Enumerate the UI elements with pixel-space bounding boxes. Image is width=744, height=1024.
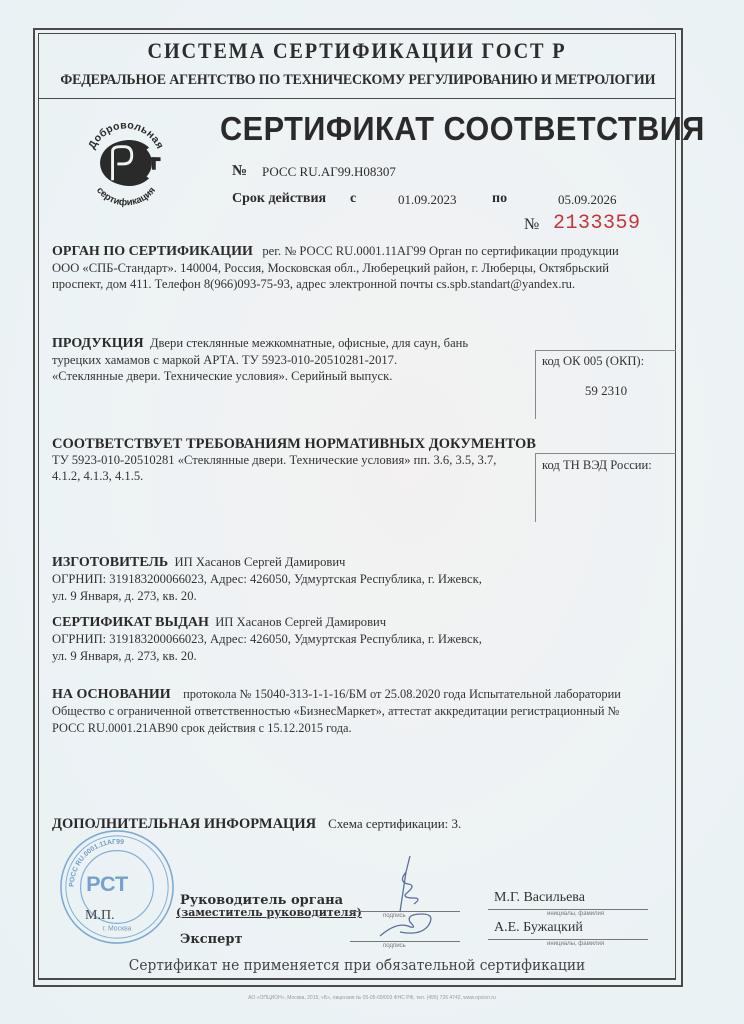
compliance-line2: 4.1.2, 4.1.3, 4.1.5. <box>52 468 536 484</box>
system-title: СИСТЕМА СЕРТИФИКАЦИИ ГОСТ Р <box>64 38 651 64</box>
certificate-number: РОСС RU.АГ99.Н08307 <box>262 164 396 180</box>
certification-body-line1: рег. № РОСС RU.0001.11АГ99 Орган по серт… <box>262 244 618 258</box>
footer-divider <box>38 978 676 979</box>
svg-text:сертификация: сертификация <box>94 185 158 208</box>
expert-label: Эксперт <box>180 932 243 947</box>
basis-line3: РОСС RU.0001.21АВ90 срок действия с 15.1… <box>52 720 621 737</box>
head-name-line <box>488 909 648 910</box>
manufacturer-line2: ОГРНИП: 319183200066023, Адрес: 426050, … <box>52 571 482 588</box>
issued-to-label: СЕРТИФИКАТ ВЫДАН <box>52 615 209 630</box>
basis-section: НА ОСНОВАНИИ протокола № 15040-313-1-1-1… <box>52 686 621 737</box>
blank-serial-number: 2133359 <box>553 212 641 235</box>
deputy-head-label: (заместитель руководителя) <box>176 906 362 919</box>
okp-value: 59 2310 <box>536 369 676 399</box>
basis-line1: протокола № 15040-313-1-1-16/БМ от 25.08… <box>183 687 621 701</box>
validity-from-label: с <box>350 191 356 207</box>
header-divider <box>38 98 676 99</box>
issued-to-line2: ОГРНИП: 319183200066023, Адрес: 426050, … <box>52 631 482 648</box>
number-sign: № <box>232 163 247 180</box>
certificate-title: СЕРТИФИКАТ СООТВЕТСТВИЯ <box>220 110 705 148</box>
certification-body-line3: проспект, дом 411. Телефон 8(966)093-75-… <box>52 276 619 292</box>
issued-to-name: ИП Хасанов Сергей Дамирович <box>215 615 386 629</box>
validity-to-label: по <box>492 191 507 207</box>
valid-from-date: 01.09.2023 <box>398 192 457 208</box>
valid-to-date: 05.09.2026 <box>558 192 617 208</box>
certification-body-section: ОРГАН ПО СЕРТИФИКАЦИИ рег. № РОСС RU.000… <box>52 243 619 292</box>
certification-body-line2: ООО «СПБ-Стандарт». 140004, Россия, Моск… <box>52 260 619 276</box>
tnved-value <box>536 473 676 483</box>
manufacturer-label: ИЗГОТОВИТЕЛЬ <box>52 555 168 570</box>
product-line3: «Стеклянные двери. Технические условия».… <box>52 368 468 384</box>
head-name: М.Г. Васильева <box>494 890 585 906</box>
manufacturer-line3: ул. 9 Января, д. 273, кв. 20. <box>52 588 482 605</box>
certification-body-label: ОРГАН ПО СЕРТИФИКАЦИИ <box>52 244 253 259</box>
head-signature-icon <box>370 852 460 942</box>
manufacturer-name: ИП Хасанов Сергей Дамирович <box>174 555 345 569</box>
basis-line2: Общество с ограниченной ответственностью… <box>52 703 621 720</box>
product-label: ПРОДУКЦИЯ <box>52 336 144 351</box>
stamp-center-letters: РСТ <box>86 871 128 896</box>
seal-stamp-icon: РОСС RU.0001.11АГ99 г. Москва РСТ <box>58 828 176 946</box>
product-line1: Двери стеклянные межкомнатные, офисные, … <box>150 336 468 350</box>
issued-to-section: СЕРТИФИКАТ ВЫДАН ИП Хасанов Сергей Дамир… <box>52 614 482 665</box>
expert-name-line <box>488 939 648 940</box>
expert-name: А.Е. Бужацкий <box>494 920 583 936</box>
footer-note: Сертификат не применяется при обязательн… <box>54 958 660 974</box>
tnved-label: код ТН ВЭД России: <box>536 454 676 473</box>
blank-number-sign: № <box>524 216 539 234</box>
okp-code-box: код ОК 005 (ОКП): 59 2310 <box>535 350 676 419</box>
stamp-place-label: М.П. <box>85 908 115 924</box>
expert-signature-caption: подпись <box>383 943 406 949</box>
tnved-code-box: код ТН ВЭД России: <box>535 453 676 522</box>
logo-bottom-text: сертификация <box>94 185 158 208</box>
validity-label: Срок действия <box>232 191 326 207</box>
compliance-section: СООТВЕТСТВУЕТ ТРЕБОВАНИЯМ НОРМАТИВНЫХ ДО… <box>52 436 536 484</box>
issued-to-line3: ул. 9 Января, д. 273, кв. 20. <box>52 648 482 665</box>
compliance-line1: ТУ 5923-010-20510281 «Стеклянные двери. … <box>52 452 536 468</box>
okp-label: код ОК 005 (ОКП): <box>536 351 676 369</box>
agency-name: ФЕДЕРАЛЬНОЕ АГЕНТСТВО ПО ТЕХНИЧЕСКОМУ РЕ… <box>60 72 653 89</box>
head-name-caption: инициалы, фамилия <box>547 911 604 917</box>
basis-label: НА ОСНОВАНИИ <box>52 687 171 702</box>
printer-imprint: АО «ОПЦИОН», Москва, 2015, «Б», лицензия… <box>0 995 744 1001</box>
additional-info-text: Схема сертификации: 3. <box>328 816 461 831</box>
product-line2: турецких хамамов с маркой АРТА. ТУ 5923-… <box>52 352 468 368</box>
compliance-label: СООТВЕТСТВУЕТ ТРЕБОВАНИЯМ НОРМАТИВНЫХ ДО… <box>52 436 536 452</box>
product-section: ПРОДУКЦИЯ Двери стеклянные межкомнатные,… <box>52 335 468 384</box>
rst-logo-icon: Добровольная сертификация <box>78 115 174 211</box>
stamp-city: г. Москва <box>103 925 132 932</box>
manufacturer-section: ИЗГОТОВИТЕЛЬ ИП Хасанов Сергей Дамирович… <box>52 554 482 605</box>
expert-name-caption: инициалы, фамилия <box>547 941 604 947</box>
